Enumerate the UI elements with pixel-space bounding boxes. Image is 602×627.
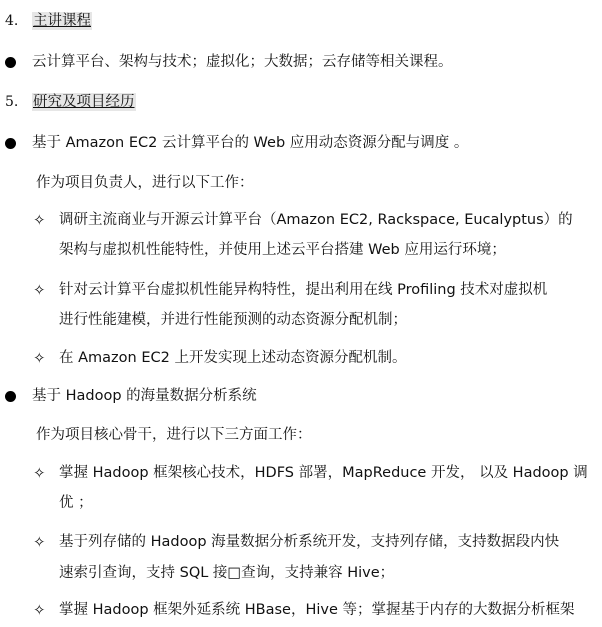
diamond-bullet-icon: ✧ [33,211,46,229]
section-heading-courses: 主讲课程 [32,12,92,30]
project-1-title: 基于 Amazon EC2 云计算平台的 Web 应用动态资源分配与调度 。 [32,134,468,152]
diamond-bullet-icon: ✧ [33,281,46,299]
project-2-item-2-line-1: 基于列存储的 Hadoop 海量数据分析系统开发，支持列存储，支持数据段内快 [59,533,559,551]
project-1-role: 作为项目负责人，进行以下工作： [36,174,254,192]
bullet-icon [5,138,16,149]
section-number-4: 4. [5,12,18,30]
project-1-item-2-line-1: 针对云计算平台虚拟机性能异构特性，提出利用在线 Profiling 技术对虚拟机 [59,281,547,299]
section-number-5: 5. [5,93,18,111]
diamond-bullet-icon: ✧ [33,601,46,619]
diamond-bullet-icon: ✧ [33,349,46,367]
bullet-icon [5,57,16,68]
project-1-item-1-line-1: 调研主流商业与开源云计算平台（Amazon EC2, Rackspace, Eu… [59,211,573,229]
project-2-title: 基于 Hadoop 的海量数据分析系统 [32,387,257,405]
project-1-item-2-line-2: 进行性能建模，并进行性能预测的动态资源分配机制； [59,311,407,329]
project-1-item-3: 在 Amazon EC2 上开发实现上述动态资源分配机制。 [59,349,406,367]
project-2-item-2-line-2: 速索引查询，支持 SQL 接□查询，支持兼容 Hive； [59,564,394,582]
diamond-bullet-icon: ✧ [33,464,46,482]
courses-text: 云计算平台、架构与技术；虚拟化；大数据；云存储等相关课程。 [32,53,453,71]
diamond-bullet-icon: ✧ [33,533,46,551]
project-2-item-1-line-1: 掌握 Hadoop 框架核心技术，HDFS 部署，MapReduce 开发， 以… [59,464,588,482]
bullet-icon [5,391,16,402]
project-2-item-3: 掌握 Hadoop 框架外延系统 HBase，Hive 等；掌握基于内存的大数据… [59,601,575,619]
project-2-role: 作为项目核心骨干，进行以下三方面工作： [36,426,312,444]
project-1-item-1-line-2: 架构与虚拟机性能特性，并使用上述云平台搭建 Web 应用运行环境； [59,241,506,259]
section-heading-research: 研究及项目经历 [32,93,136,111]
project-2-item-1-line-2: 优 ； [59,494,93,512]
